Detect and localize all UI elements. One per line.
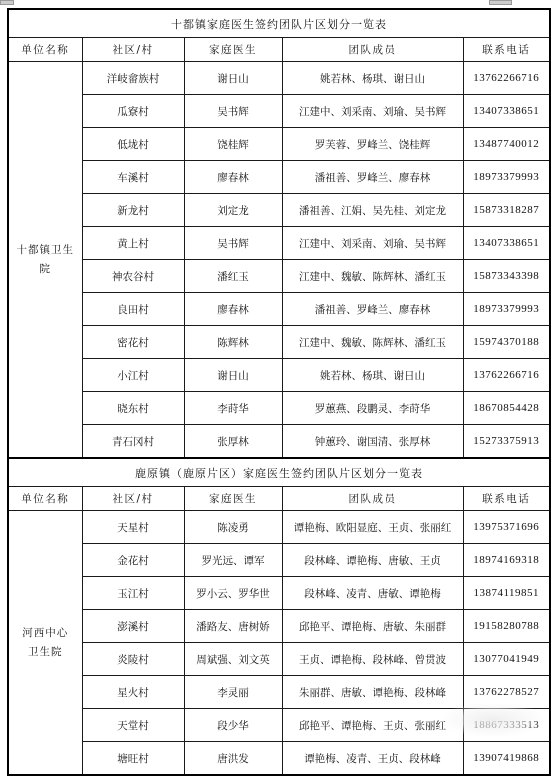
family-doctor-cell: 段少华 [184, 709, 282, 742]
phone-cell: 18973379993 [463, 161, 550, 194]
phone-cell: 15873318287 [463, 194, 550, 227]
table-title-row: 十都镇家庭医生签约团队片区划分一览表 [8, 9, 550, 38]
village-cell: 炎陵村 [82, 643, 184, 676]
table-header-row: 单位名称 社区/村 家庭医生 团队成员 联系电话 [8, 487, 550, 511]
document-page: 十都镇家庭医生签约团队片区划分一览表 单位名称 社区/村 家庭医生 团队成员 联… [0, 0, 557, 778]
table-shidu-town: 十都镇家庭医生签约团队片区划分一览表 单位名称 社区/村 家庭医生 团队成员 联… [7, 8, 551, 459]
phone-cell: 18973379993 [463, 293, 550, 326]
table-title: 鹿原镇（鹿原片区）家庭医生签约团队片区划分一览表 [8, 458, 550, 487]
phone-cell: 13762278527 [463, 676, 550, 709]
family-doctor-cell: 罗小云、罗华世 [184, 577, 282, 610]
village-cell: 神农谷村 [82, 260, 184, 293]
family-doctor-cell: 潘红玉 [184, 260, 282, 293]
team-members-cell: 罗芙蓉、罗峰兰、饶桂辉 [282, 128, 463, 161]
table-row: 小江村谢日山姚若林、杨琪、谢日山13762266716 [8, 359, 550, 392]
col-header-team-members: 团队成员 [282, 38, 463, 62]
phone-cell: 18867333513 [463, 709, 550, 742]
family-doctor-cell: 周斌强、刘文英 [184, 643, 282, 676]
village-cell: 良田村 [82, 293, 184, 326]
col-header-phone: 联系电话 [463, 487, 550, 511]
team-members-cell: 江建中、魏敏、陈辉林、潘红玉 [282, 260, 463, 293]
col-header-unit-name: 单位名称 [8, 38, 82, 62]
family-doctor-cell: 刘定龙 [184, 194, 282, 227]
village-cell: 瓜寮村 [82, 95, 184, 128]
village-cell: 天堂村 [82, 709, 184, 742]
family-doctor-cell: 吴书辉 [184, 95, 282, 128]
phone-cell: 13077041949 [463, 643, 550, 676]
team-members-cell: 邱艳平、谭艳梅、唐敏、朱丽群 [282, 610, 463, 643]
table-row: 神农谷村潘红玉江建中、魏敏、陈辉林、潘红玉15873343398 [8, 260, 550, 293]
family-doctor-cell: 陈凌勇 [184, 511, 282, 544]
table-header-row: 单位名称 社区/村 家庭医生 团队成员 联系电话 [8, 38, 550, 62]
team-members-cell: 潘祖善、罗峰兰、廖春林 [282, 161, 463, 194]
table-body: 十都镇卫生院洋岐畲族村谢日山姚若林、杨琪、谢日山13762266716瓜寮村吴书… [8, 62, 550, 459]
col-header-family-doctor: 家庭医生 [184, 487, 282, 511]
phone-cell: 19158280788 [463, 610, 550, 643]
village-cell: 密花村 [82, 326, 184, 359]
table-row: 瓜寮村吴书辉江建中、刘采南、刘瑜、吴书辉13407338651 [8, 95, 550, 128]
phone-cell: 13975371696 [463, 511, 550, 544]
phone-cell: 13487740012 [463, 128, 550, 161]
family-doctor-cell: 饶桂辉 [184, 128, 282, 161]
family-doctor-cell: 潘路友、唐树娇 [184, 610, 282, 643]
family-doctor-cell: 李莳华 [184, 392, 282, 425]
team-members-cell: 钟蕙玲、谢国清、张厚林 [282, 425, 463, 459]
family-doctor-cell: 谢日山 [184, 62, 282, 95]
table-row: 塘旺村唐洪发谭艳梅、凌青、王贞、段林峰13907419868 [8, 742, 550, 776]
phone-cell: 15974370188 [463, 326, 550, 359]
team-members-cell: 段林峰、凌青、唐敏、谭艳梅 [282, 577, 463, 610]
table-title: 十都镇家庭医生签约团队片区划分一览表 [8, 9, 550, 38]
table-row: 澎溪村潘路友、唐树娇邱艳平、谭艳梅、唐敏、朱丽群19158280788 [8, 610, 550, 643]
col-header-team-members: 团队成员 [282, 487, 463, 511]
team-members-cell: 潘祖善、江娟、吴先桂、刘定龙 [282, 194, 463, 227]
phone-cell: 13407338651 [463, 95, 550, 128]
team-members-cell: 罗蕙燕、段鹏灵、李莳华 [282, 392, 463, 425]
phone-cell: 15273375913 [463, 425, 550, 459]
col-header-family-doctor: 家庭医生 [184, 38, 282, 62]
village-cell: 青石冈村 [82, 425, 184, 459]
table-row: 金花村罗光远、谭军段林峰、谭艳梅、唐敏、王贞18974169318 [8, 544, 550, 577]
village-cell: 车溪村 [82, 161, 184, 194]
phone-cell: 13407338651 [463, 227, 550, 260]
family-doctor-cell: 罗光远、谭军 [184, 544, 282, 577]
family-doctor-cell: 唐洪发 [184, 742, 282, 776]
table-row: 密花村陈辉林江建中、魏敏、陈辉林、潘红玉15974370188 [8, 326, 550, 359]
phone-cell: 13762266716 [463, 359, 550, 392]
phone-cell: 13762266716 [463, 62, 550, 95]
village-cell: 黄上村 [82, 227, 184, 260]
family-doctor-cell: 谢日山 [184, 359, 282, 392]
village-cell: 玉江村 [82, 577, 184, 610]
table-row: 车溪村廖春林潘祖善、罗峰兰、廖春林18973379993 [8, 161, 550, 194]
table-row: 玉江村罗小云、罗华世段林峰、凌青、唐敏、谭艳梅13874119851 [8, 577, 550, 610]
village-cell: 新龙村 [82, 194, 184, 227]
village-cell: 晓东村 [82, 392, 184, 425]
village-cell: 低垅村 [82, 128, 184, 161]
team-members-cell: 江建中、魏敏、陈辉林、潘红玉 [282, 326, 463, 359]
table-row: 新龙村刘定龙潘祖善、江娟、吴先桂、刘定龙15873318287 [8, 194, 550, 227]
phone-cell: 18974169318 [463, 544, 550, 577]
unit-name-cell: 十都镇卫生院 [8, 62, 82, 459]
table-row: 黄上村吴书辉江建中、刘采南、刘瑜、吴书辉13407338651 [8, 227, 550, 260]
team-members-cell: 朱丽群、唐敏、谭艳梅、段林峰 [282, 676, 463, 709]
village-cell: 澎溪村 [82, 610, 184, 643]
phone-cell: 13874119851 [463, 577, 550, 610]
village-cell: 洋岐畲族村 [82, 62, 184, 95]
family-doctor-cell: 廖春林 [184, 161, 282, 194]
family-doctor-cell: 陈辉林 [184, 326, 282, 359]
table-luyuan-town: 鹿原镇（鹿原片区）家庭医生签约团队片区划分一览表 单位名称 社区/村 家庭医生 … [7, 457, 551, 776]
table-row: 炎陵村周斌强、刘文英王贞、谭艳梅、段林峰、曾贯波13077041949 [8, 643, 550, 676]
team-members-cell: 谭艳梅、凌青、王贞、段林峰 [282, 742, 463, 776]
table-row: 十都镇卫生院洋岐畲族村谢日山姚若林、杨琪、谢日山13762266716 [8, 62, 550, 95]
col-header-village: 社区/村 [82, 487, 184, 511]
table-title-row: 鹿原镇（鹿原片区）家庭医生签约团队片区划分一览表 [8, 458, 550, 487]
team-members-cell: 潘祖善、罗峰兰、廖春林 [282, 293, 463, 326]
phone-cell: 18670854428 [463, 392, 550, 425]
family-doctor-cell: 李灵丽 [184, 676, 282, 709]
village-cell: 天星村 [82, 511, 184, 544]
village-cell: 塘旺村 [82, 742, 184, 776]
col-header-phone: 联系电话 [463, 38, 550, 62]
page-edge-fragment-right [489, 0, 512, 5]
phone-cell: 15873343398 [463, 260, 550, 293]
table-row: 星火村李灵丽朱丽群、唐敏、谭艳梅、段林峰13762278527 [8, 676, 550, 709]
col-header-village: 社区/村 [82, 38, 184, 62]
table-row: 低垅村饶桂辉罗芙蓉、罗峰兰、饶桂辉13487740012 [8, 128, 550, 161]
village-cell: 金花村 [82, 544, 184, 577]
table-row: 良田村廖春林潘祖善、罗峰兰、廖春林18973379993 [8, 293, 550, 326]
unit-name-cell: 河西中心 卫生院 [8, 511, 82, 776]
table-row: 青石冈村张厚林钟蕙玲、谢国清、张厚林15273375913 [8, 425, 550, 459]
team-members-cell: 王贞、谭艳梅、段林峰、曾贯波 [282, 643, 463, 676]
family-doctor-cell: 廖春林 [184, 293, 282, 326]
team-members-cell: 江建中、刘采南、刘瑜、吴书辉 [282, 227, 463, 260]
page-edge-fragment-left [0, 0, 14, 5]
team-members-cell: 姚若林、杨琪、谢日山 [282, 359, 463, 392]
phone-cell: 13907419868 [463, 742, 550, 776]
table-body: 河西中心 卫生院天星村陈凌勇谭艳梅、欧阳显庭、王贞、张丽红13975371696… [8, 511, 550, 776]
table-row: 天堂村段少华邱艳平、谭艳梅、王贞、张丽红18867333513 [8, 709, 550, 742]
village-cell: 小江村 [82, 359, 184, 392]
family-doctor-cell: 张厚林 [184, 425, 282, 459]
team-members-cell: 姚若林、杨琪、谢日山 [282, 62, 463, 95]
village-cell: 星火村 [82, 676, 184, 709]
team-members-cell: 谭艳梅、欧阳显庭、王贞、张丽红 [282, 511, 463, 544]
family-doctor-cell: 吴书辉 [184, 227, 282, 260]
col-header-unit-name: 单位名称 [8, 487, 82, 511]
team-members-cell: 段林峰、谭艳梅、唐敏、王贞 [282, 544, 463, 577]
team-members-cell: 江建中、刘采南、刘瑜、吴书辉 [282, 95, 463, 128]
table-row: 河西中心 卫生院天星村陈凌勇谭艳梅、欧阳显庭、王贞、张丽红13975371696 [8, 511, 550, 544]
team-members-cell: 邱艳平、谭艳梅、王贞、张丽红 [282, 709, 463, 742]
table-row: 晓东村李莳华罗蕙燕、段鹏灵、李莳华18670854428 [8, 392, 550, 425]
